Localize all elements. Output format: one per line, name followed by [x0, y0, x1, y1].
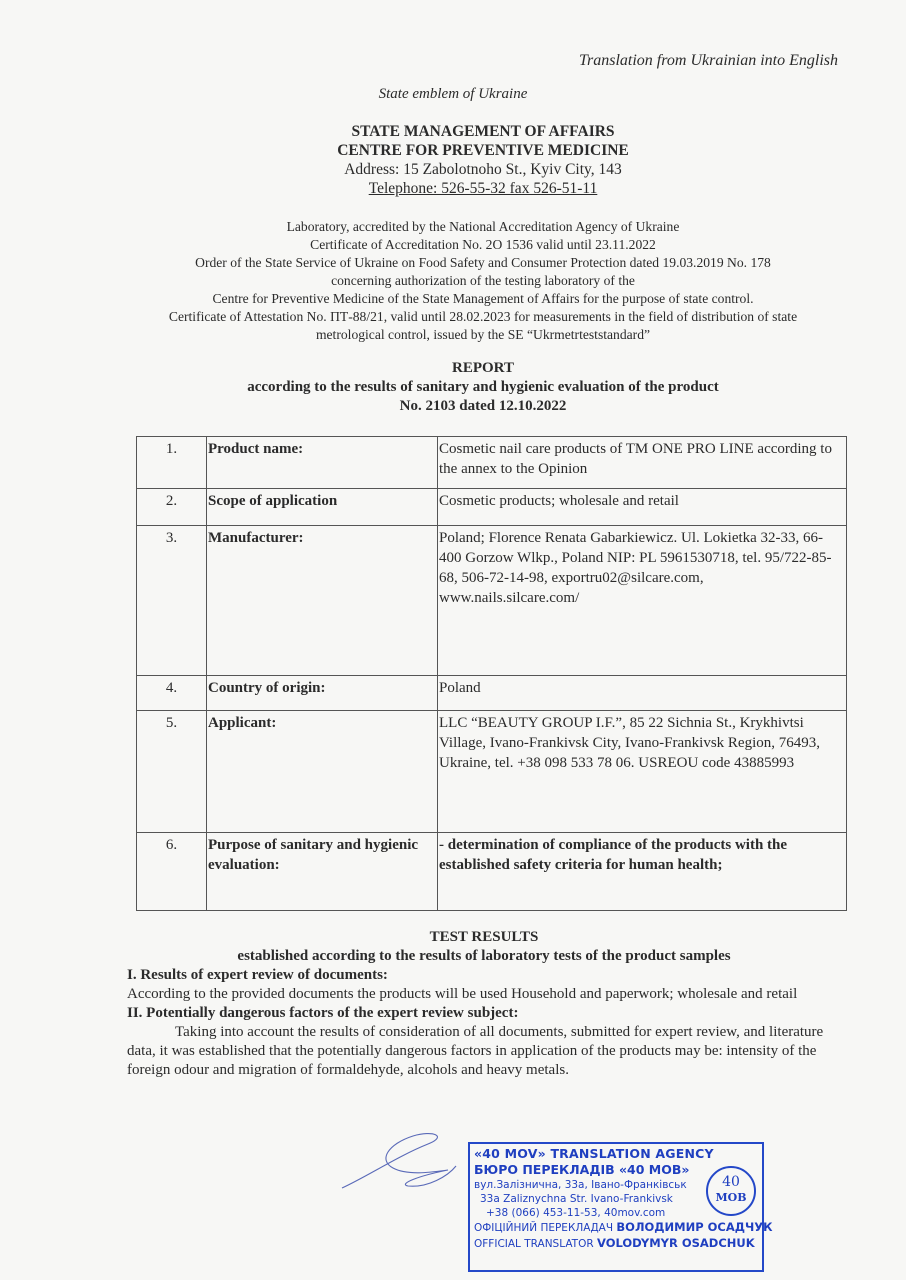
results-subtitle: established according to the results of … — [127, 947, 841, 966]
row-number: 6. — [137, 833, 207, 911]
table-row: 1. Product name: Cosmetic nail care prod… — [137, 437, 847, 489]
report-subtitle: according to the results of sanitary and… — [0, 378, 906, 397]
stamp-agency-name-en: «40 MOV» TRANSLATION AGENCY — [474, 1146, 762, 1162]
section-1-text: According to the provided documents the … — [127, 985, 841, 1004]
report-title: REPORT — [0, 359, 906, 378]
stamp-translator-ua: ОФІЦІЙНИЙ ПЕРЕКЛАДАЧ ВОЛОДИМИР ОСАДЧУК — [474, 1220, 762, 1236]
row-label: Purpose of sanitary and hygienic evaluat… — [207, 833, 438, 911]
stamp-translator-title-en: OFFICIAL TRANSLATOR — [474, 1238, 594, 1250]
seal-bottom-text: МОВ — [708, 1191, 754, 1204]
table-row: 2. Scope of application Cosmetic product… — [137, 489, 847, 526]
section-2-text: Taking into account the results of consi… — [127, 1023, 841, 1080]
report-heading: REPORT according to the results of sanit… — [0, 359, 906, 416]
org-name-line-2: CENTRE FOR PREVENTIVE MEDICINE — [0, 141, 906, 160]
seal-top-text: 40 — [708, 1173, 754, 1191]
row-number: 5. — [137, 711, 207, 833]
org-name-line-1: STATE MANAGEMENT OF AFFAIRS — [0, 122, 906, 141]
row-label: Applicant: — [207, 711, 438, 833]
accreditation-line: Centre for Preventive Medicine of the St… — [0, 290, 906, 308]
test-results-section: TEST RESULTS established according to th… — [127, 928, 841, 1080]
state-emblem-note: State emblem of Ukraine — [0, 86, 906, 103]
stamp-translator-en: OFFICIAL TRANSLATOR VOLODYMYR OSADCHUK — [474, 1236, 762, 1252]
org-telephone: Telephone: 526-55-32 fax 526-51-11 — [369, 180, 598, 197]
row-number: 1. — [137, 437, 207, 489]
row-label: Product name: — [207, 437, 438, 489]
row-value: - determination of compliance of the pro… — [438, 833, 847, 911]
row-label: Scope of application — [207, 489, 438, 526]
product-info-table: 1. Product name: Cosmetic nail care prod… — [136, 436, 847, 911]
document-page: Translation from Ukrainian into English … — [0, 0, 906, 1280]
row-number: 2. — [137, 489, 207, 526]
row-label: Country of origin: — [207, 676, 438, 711]
row-value: Poland; Florence Renata Gabarkiewicz. Ul… — [438, 526, 847, 676]
table-row: 3. Manufacturer: Poland; Florence Renata… — [137, 526, 847, 676]
organization-header: STATE MANAGEMENT OF AFFAIRS CENTRE FOR P… — [0, 122, 906, 198]
translation-note: Translation from Ukrainian into English — [579, 52, 838, 70]
row-label: Manufacturer: — [207, 526, 438, 676]
accreditation-block: Laboratory, accredited by the National A… — [0, 218, 906, 344]
row-value: Cosmetic products; wholesale and retail — [438, 489, 847, 526]
section-1-heading: I. Results of expert review of documents… — [127, 966, 841, 985]
table-row: 5. Applicant: LLC “BEAUTY GROUP I.F.”, 8… — [137, 711, 847, 833]
row-value: LLC “BEAUTY GROUP I.F.”, 85 22 Sichnia S… — [438, 711, 847, 833]
signature-icon — [338, 1126, 478, 1196]
agency-seal-icon: 40 МОВ — [706, 1166, 756, 1216]
accreditation-line: metrological control, issued by the SE “… — [0, 326, 906, 344]
section-2-heading: II. Potentially dangerous factors of the… — [127, 1004, 841, 1023]
table-row: 4. Country of origin: Poland — [137, 676, 847, 711]
row-value: Poland — [438, 676, 847, 711]
report-number: No. 2103 dated 12.10.2022 — [0, 397, 906, 416]
accreditation-line: Certificate of Attestation No. ПТ-88/21,… — [0, 308, 906, 326]
table-row: 6. Purpose of sanitary and hygienic eval… — [137, 833, 847, 911]
stamp-translator-title-ua: ОФІЦІЙНИЙ ПЕРЕКЛАДАЧ — [474, 1222, 613, 1234]
row-number: 3. — [137, 526, 207, 676]
stamp-translator-name-ua: ВОЛОДИМИР ОСАДЧУК — [616, 1220, 772, 1234]
org-address: Address: 15 Zabolotnoho St., Kyiv City, … — [0, 160, 906, 179]
translation-agency-stamp: «40 MOV» TRANSLATION AGENCY БЮРО ПЕРЕКЛА… — [468, 1142, 764, 1272]
accreditation-line: Order of the State Service of Ukraine on… — [0, 254, 906, 272]
stamp-translator-name-en: VOLODYMYR OSADCHUK — [597, 1236, 755, 1250]
accreditation-line: Certificate of Accreditation No. 2O 1536… — [0, 236, 906, 254]
row-number: 4. — [137, 676, 207, 711]
results-title: TEST RESULTS — [127, 928, 841, 947]
accreditation-line: concerning authorization of the testing … — [0, 272, 906, 290]
accreditation-line: Laboratory, accredited by the National A… — [0, 218, 906, 236]
row-value: Cosmetic nail care products of TM ONE PR… — [438, 437, 847, 489]
